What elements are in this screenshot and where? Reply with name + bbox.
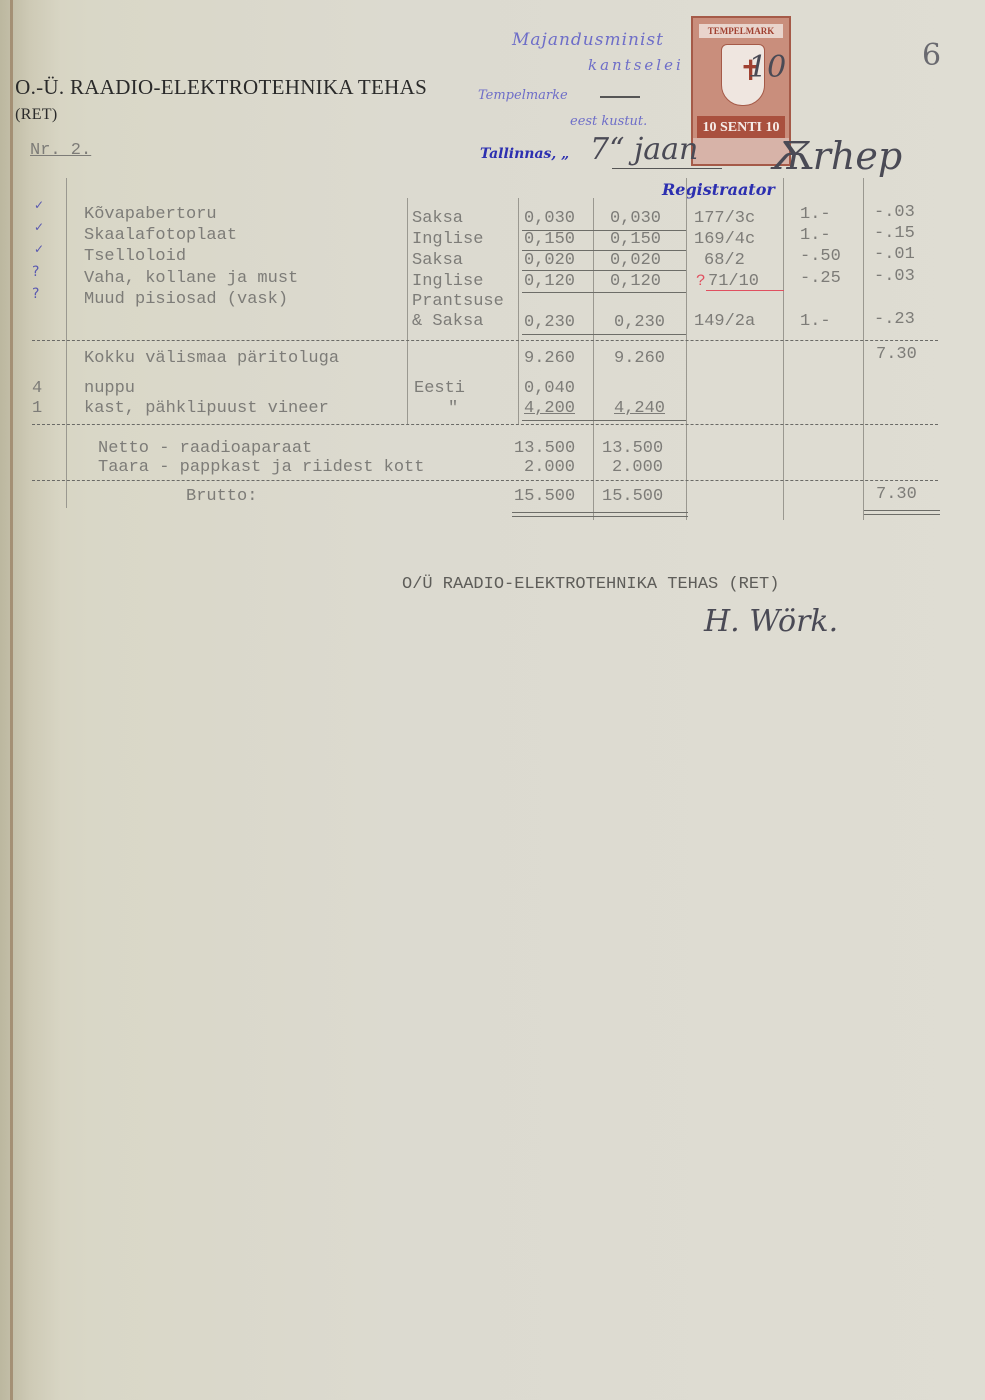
item-name: Kõvapabertoru — [84, 204, 217, 225]
double-rule — [864, 514, 940, 515]
item-weight2: 0,150 — [610, 229, 661, 250]
item-origin: Prantsuse & Saksa — [412, 292, 518, 332]
item-rate: 1.- — [800, 204, 831, 225]
check-mark: ✓ — [34, 242, 44, 256]
item-origin: Eesti — [414, 378, 465, 399]
footer-company: O/Ü RAADIO-ELEKTROTEHNIKA TEHAS (RET) — [402, 574, 779, 595]
item-name: Muud pisiosad (vask) — [84, 289, 288, 310]
handwritten-date: 7“ jaan — [590, 132, 698, 167]
item-weight1: 4,200 — [524, 398, 575, 419]
foreign-total-duty: 7.30 — [876, 344, 917, 365]
item-origin: Inglise — [412, 229, 483, 250]
query-mark: ? — [696, 271, 706, 292]
document-number: Nr. 2. — [30, 140, 91, 161]
company-heading: O.-Ü. RAADIO-ELEKTROTEHNIKA TEHAS (RET) — [4, 50, 427, 125]
taara-weight1: 2.000 — [524, 457, 575, 478]
section-divider — [32, 480, 938, 481]
item-name: Skaalafotoplaat — [84, 225, 237, 246]
item-name: Vaha, kollane ja must — [84, 268, 298, 289]
item-weight2: 0,020 — [610, 250, 661, 271]
stamp-city: Tallinnas, „ — [480, 146, 569, 162]
double-rule — [512, 516, 688, 517]
item-weight1: 0,230 — [524, 312, 575, 333]
section-divider — [32, 340, 938, 341]
company-name: O.-Ü. RAADIO-ELEKTROTEHNIKA TEHAS — [15, 75, 427, 99]
item-name: kast, pähklipuust vineer — [84, 398, 329, 419]
stamp-dash — [600, 96, 640, 98]
handwritten-initials: Ѫrhep — [770, 134, 902, 178]
stamp-office: kantselei — [588, 56, 684, 74]
check-mark: ✓ — [34, 220, 44, 234]
foreign-total-weight2: 9.260 — [614, 348, 665, 369]
item-weight2: 0,030 — [610, 208, 661, 229]
item-origin: Inglise — [412, 271, 483, 292]
brutto-weight2: 15.500 — [602, 486, 663, 507]
item-rate: 1.- — [800, 311, 831, 332]
revenue-stamp-title: TEMPELMARK — [699, 24, 783, 38]
row-rule — [522, 292, 686, 293]
netto-weight2: 13.500 — [602, 438, 663, 459]
item-rate: -.25 — [800, 268, 841, 289]
item-tariff: 177/3c — [694, 208, 755, 229]
item-duty: -.03 — [874, 266, 915, 287]
item-weight2: 4,240 — [614, 398, 665, 419]
foreign-total-label: Kokku välismaa päritoluga — [84, 348, 339, 369]
col-divider — [593, 198, 594, 520]
item-name: Tselloloid — [84, 246, 186, 267]
stamp-tempelmarke: Tempelmarke — [478, 88, 568, 103]
col-divider — [686, 178, 687, 520]
double-rule — [512, 512, 688, 513]
item-duty: -.23 — [874, 309, 915, 330]
item-duty: -.15 — [874, 223, 915, 244]
item-tariff: 149/2a — [694, 311, 755, 332]
red-underline — [706, 290, 784, 291]
item-duty: -.03 — [874, 202, 915, 223]
col-divider — [783, 178, 784, 520]
item-origin: Saksa — [412, 250, 463, 271]
taara-label: Taara - pappkast ja riidest kott — [98, 457, 424, 478]
item-weight1: 0,120 — [524, 271, 575, 292]
item-qty: 1 — [32, 398, 42, 419]
query-mark: ? — [32, 286, 39, 302]
brutto-label: Brutto: — [186, 486, 257, 507]
row-rule — [522, 420, 686, 421]
item-origin: " — [448, 398, 458, 419]
item-weight2: 0,120 — [610, 271, 661, 292]
item-duty: -.01 — [874, 244, 915, 265]
item-rate: -.50 — [800, 246, 841, 267]
section-divider — [32, 424, 938, 425]
col-divider — [863, 178, 864, 520]
foreign-total-weight1: 9.260 — [524, 348, 575, 369]
item-weight1: 0,040 — [524, 378, 575, 399]
item-rate: 1.- — [800, 225, 831, 246]
handwritten-amount: 10 — [748, 50, 786, 85]
item-weight1: 0,150 — [524, 229, 575, 250]
check-mark: ✓ — [34, 198, 44, 212]
double-rule — [864, 510, 940, 511]
binding-edge — [10, 0, 13, 1400]
item-tariff: 169/4c — [694, 229, 755, 250]
col-divider — [66, 178, 67, 508]
stamp-registrar: Registraator — [662, 180, 775, 199]
netto-label: Netto - raadioaparaat — [98, 438, 312, 459]
brutto-duty: 7.30 — [876, 484, 917, 505]
page-shadow — [0, 0, 60, 1400]
brutto-weight1: 15.500 — [514, 486, 575, 507]
item-weight2: 0,230 — [614, 312, 665, 333]
col-divider — [518, 198, 519, 424]
date-underline — [612, 168, 722, 169]
company-suffix: (RET) — [15, 106, 57, 123]
item-qty: 4 — [32, 378, 42, 399]
query-mark: ? — [32, 264, 39, 280]
page-number: 6 — [922, 38, 941, 73]
signature: H. Wörk. — [704, 604, 838, 639]
item-tariff: 71/10 — [708, 271, 759, 292]
item-origin: Saksa — [412, 208, 463, 229]
item-name: nuppu — [84, 378, 135, 399]
taara-weight2: 2.000 — [612, 457, 663, 478]
stamp-ministry: Majandusminist — [512, 30, 664, 50]
netto-weight1: 13.500 — [514, 438, 575, 459]
col-divider — [407, 198, 408, 424]
item-tariff: 68/2 — [704, 250, 745, 271]
stamp-cancelled: eest kustut. — [570, 114, 647, 129]
item-weight1: 0,030 — [524, 208, 575, 229]
item-weight1: 0,020 — [524, 250, 575, 271]
row-rule — [522, 334, 686, 335]
